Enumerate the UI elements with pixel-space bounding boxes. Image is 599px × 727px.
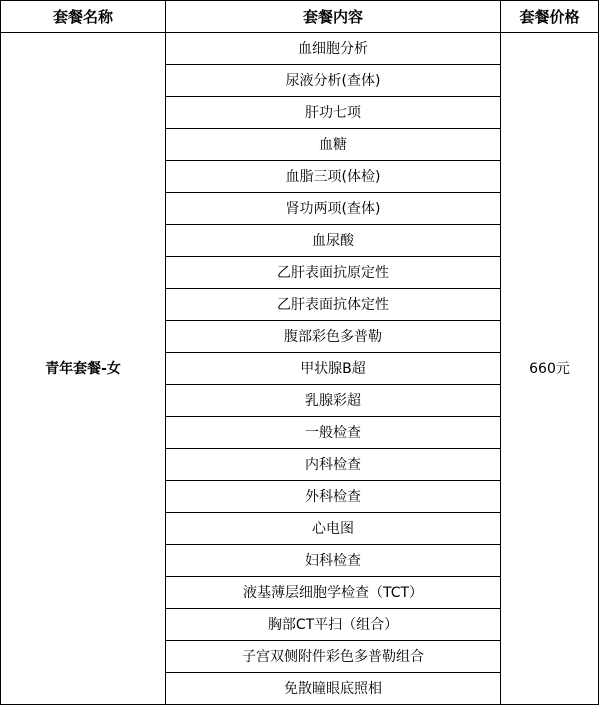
content-item: 一般检查	[166, 417, 501, 449]
content-item: 子宫双侧附件彩色多普勒组合	[166, 641, 501, 673]
content-item: 血尿酸	[166, 225, 501, 257]
content-item: 腹部彩色多普勒	[166, 321, 501, 353]
content-item: 妇科检查	[166, 545, 501, 577]
content-item: 血糖	[166, 129, 501, 161]
content-item: 乙肝表面抗体定性	[166, 289, 501, 321]
package-name-cell: 青年套餐-女	[1, 33, 166, 705]
content-item: 肾功两项(查体)	[166, 193, 501, 225]
content-item: 血脂三项(体检)	[166, 161, 501, 193]
content-item: 免散瞳眼底照相	[166, 673, 501, 705]
package-price-cell: 660元	[501, 33, 599, 705]
content-item: 内科检查	[166, 449, 501, 481]
header-package-price: 套餐价格	[501, 1, 599, 33]
content-item: 乳腺彩超	[166, 385, 501, 417]
content-item: 乙肝表面抗原定性	[166, 257, 501, 289]
content-item: 肝功七项	[166, 97, 501, 129]
content-item: 胸部CT平扫（组合）	[166, 609, 501, 641]
package-body: 青年套餐-女 血细胞分析 660元 尿液分析(查体) 肝功七项 血糖 血脂三项(…	[1, 33, 599, 705]
package-table: 套餐名称 套餐内容 套餐价格 青年套餐-女 血细胞分析 660元 尿液分析(查体…	[0, 0, 599, 705]
content-item: 心电图	[166, 513, 501, 545]
content-item: 外科检查	[166, 481, 501, 513]
content-item: 血细胞分析	[166, 33, 501, 65]
content-item: 液基薄层细胞学检查（TCT）	[166, 577, 501, 609]
content-item: 甲状腺B超	[166, 353, 501, 385]
content-item: 尿液分析(查体)	[166, 65, 501, 97]
header-row: 套餐名称 套餐内容 套餐价格	[1, 1, 599, 33]
header-package-name: 套餐名称	[1, 1, 166, 33]
header-package-content: 套餐内容	[166, 1, 501, 33]
table-row: 青年套餐-女 血细胞分析 660元	[1, 33, 599, 65]
